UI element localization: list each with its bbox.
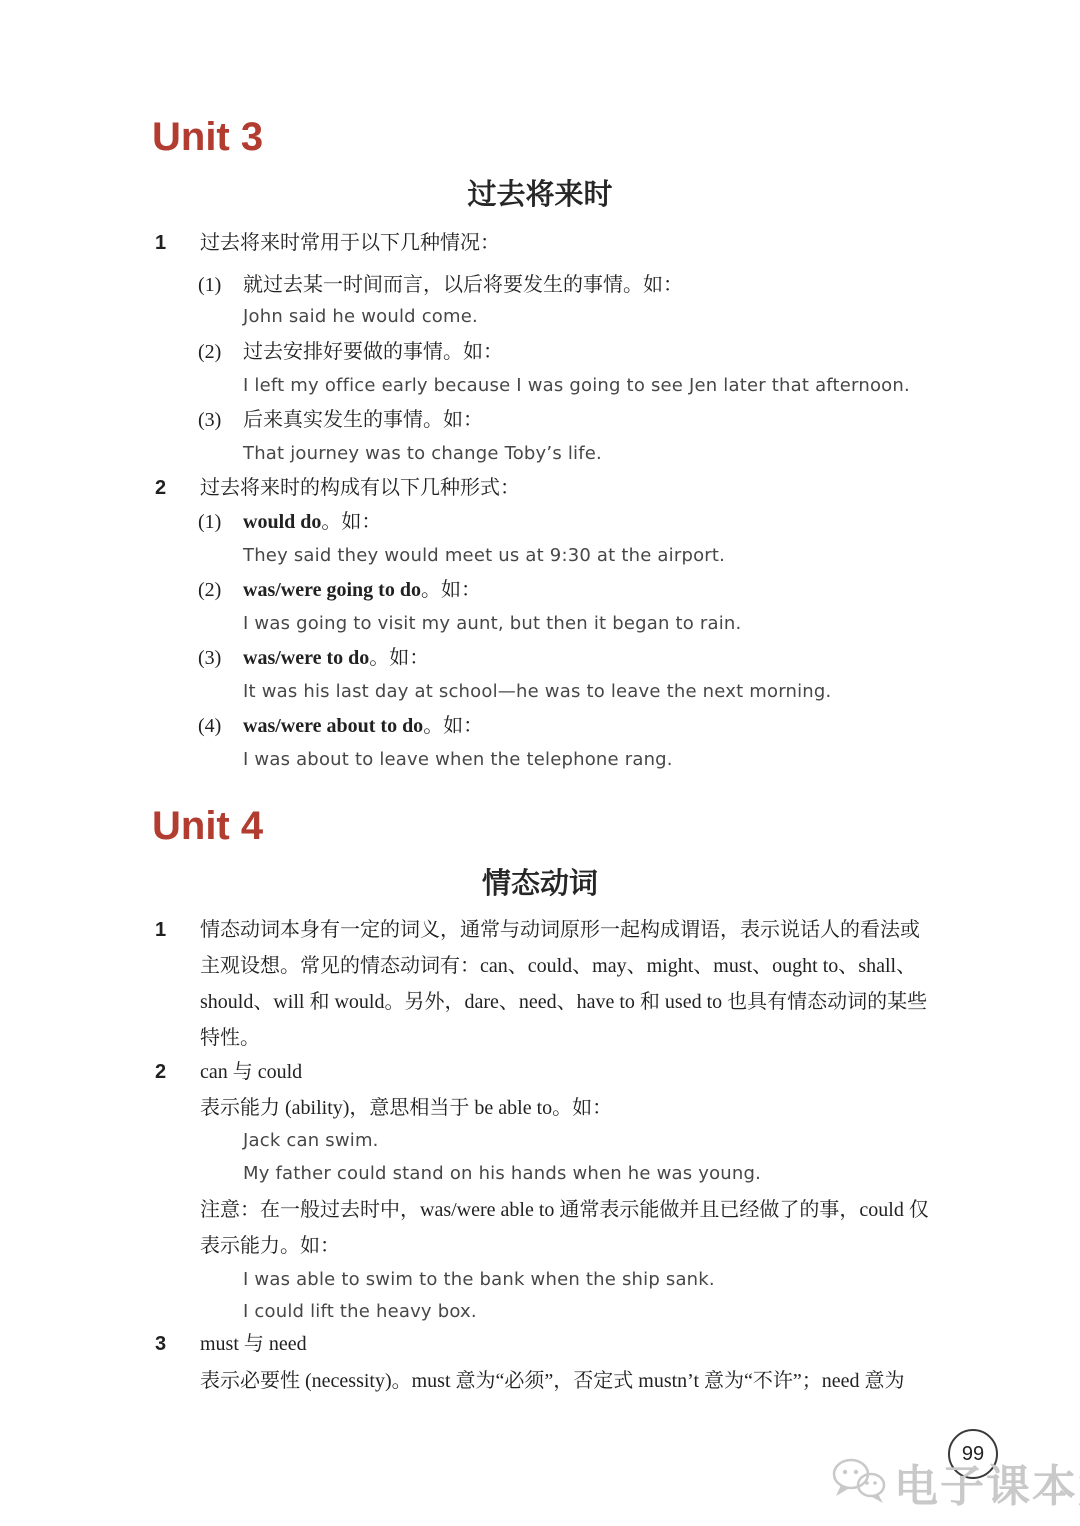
item-number: 1 [155, 227, 200, 259]
grammar-form-line: was/were to do。如： [243, 642, 933, 674]
example-sentence: I was about to leave when the telephone … [243, 744, 963, 776]
item-text: 过去将来时常用于以下几种情况： [200, 227, 935, 259]
example-sentence: Jack can swim. [243, 1125, 963, 1157]
item-number: 3 [155, 1328, 200, 1360]
example-sentence: I left my office early because I was goi… [243, 370, 963, 402]
unit4-section-title: 情态动词 [0, 866, 1080, 902]
unit3-item2: 2 过去将来时的构成有以下几种形式： [155, 472, 1080, 504]
example-sentence: I was going to visit my aunt, but then i… [243, 608, 963, 640]
example-sentence: I could lift the heavy box. [243, 1296, 963, 1328]
unit4-item2: 2 can 与 could [155, 1056, 1080, 1088]
grammar-form: was/were about to do [243, 715, 423, 737]
subitem-marker: (1) [198, 269, 243, 301]
item-number: 2 [155, 1056, 200, 1088]
form-suffix: 。如： [421, 579, 481, 601]
unit3-item2-sub1: (1) would do。如： [198, 506, 1080, 538]
subitem-marker: (1) [198, 506, 243, 538]
unit4-heading: Unit 4 [152, 802, 1080, 850]
subitem-marker: (3) [198, 404, 243, 436]
item-heading: can 与 could [200, 1056, 935, 1088]
grammar-form-line: was/were going to do。如： [243, 574, 933, 606]
unit3-heading: Unit 3 [152, 113, 1080, 161]
subitem-text: 后来真实发生的事情。如： [243, 404, 933, 436]
textbook-page: Unit 3 过去将来时 1 过去将来时常用于以下几种情况： (1) 就过去某一… [0, 0, 1080, 1526]
page-number: 99 [962, 1443, 984, 1466]
unit4-item1: 1 情态动词本身有一定的词义，通常与动词原形一起构成谓语，表示说话人的看法或主观… [155, 912, 1080, 1056]
grammar-form: would do [243, 511, 321, 533]
subitem-marker: (4) [198, 710, 243, 742]
example-sentence: That journey was to change Toby’s life. [243, 438, 963, 470]
unit4-item3: 3 must 与 need [155, 1328, 1080, 1360]
unit3-section-title: 过去将来时 [0, 177, 1080, 213]
item-heading: must 与 need [200, 1328, 935, 1360]
form-suffix: 。如： [321, 511, 381, 533]
unit3-item1: 1 过去将来时常用于以下几种情况： [155, 227, 1080, 259]
example-sentence: They said they would meet us at 9:30 at … [243, 540, 963, 572]
item-number: 2 [155, 472, 200, 504]
unit3-item1-sub3: (3) 后来真实发生的事情。如： [198, 404, 1080, 436]
unit3-item2-sub2: (2) was/were going to do。如： [198, 574, 1080, 606]
subitem-text: 就过去某一时间而言，以后将要发生的事情。如： [243, 269, 933, 301]
item-body-text: 表示能力 (ability)，意思相当于 be able to。如： [200, 1092, 945, 1124]
example-sentence: It was his last day at school—he was to … [243, 676, 963, 708]
item-body-text: 表示必要性 (necessity)。must 意为“必须”，否定式 mustn’… [200, 1365, 945, 1397]
item-text: 情态动词本身有一定的词义，通常与动词原形一起构成谓语，表示说话人的看法或主观设想… [200, 912, 935, 1056]
item-text: 过去将来时的构成有以下几种形式： [200, 472, 935, 504]
note-text: 注意：在一般过去时中，was/were able to 通常表示能做并且已经做了… [200, 1192, 945, 1264]
form-suffix: 。如： [423, 715, 483, 737]
unit3-item1-sub1: (1) 就过去某一时间而言，以后将要发生的事情。如： [198, 269, 1080, 301]
subitem-marker: (2) [198, 574, 243, 606]
subitem-marker: (3) [198, 642, 243, 674]
subitem-text: 过去安排好要做的事情。如： [243, 336, 933, 368]
subitem-marker: (2) [198, 336, 243, 368]
grammar-form-line: would do。如： [243, 506, 933, 538]
grammar-form: was/were to do [243, 647, 369, 669]
grammar-form: was/were going to do [243, 579, 421, 601]
item-number: 1 [155, 912, 200, 1056]
page-number-badge: 99 [948, 1429, 998, 1479]
example-sentence: My father could stand on his hands when … [243, 1158, 963, 1190]
unit3-item1-sub2: (2) 过去安排好要做的事情。如： [198, 336, 1080, 368]
wechat-icon [830, 1454, 888, 1511]
unit3-item2-sub4: (4) was/were about to do。如： [198, 710, 1080, 742]
example-sentence: John said he would come. [243, 301, 963, 333]
unit3-item2-sub3: (3) was/were to do。如： [198, 642, 1080, 674]
form-suffix: 。如： [369, 647, 429, 669]
example-sentence: I was able to swim to the bank when the … [243, 1264, 963, 1296]
grammar-form-line: was/were about to do。如： [243, 710, 933, 742]
